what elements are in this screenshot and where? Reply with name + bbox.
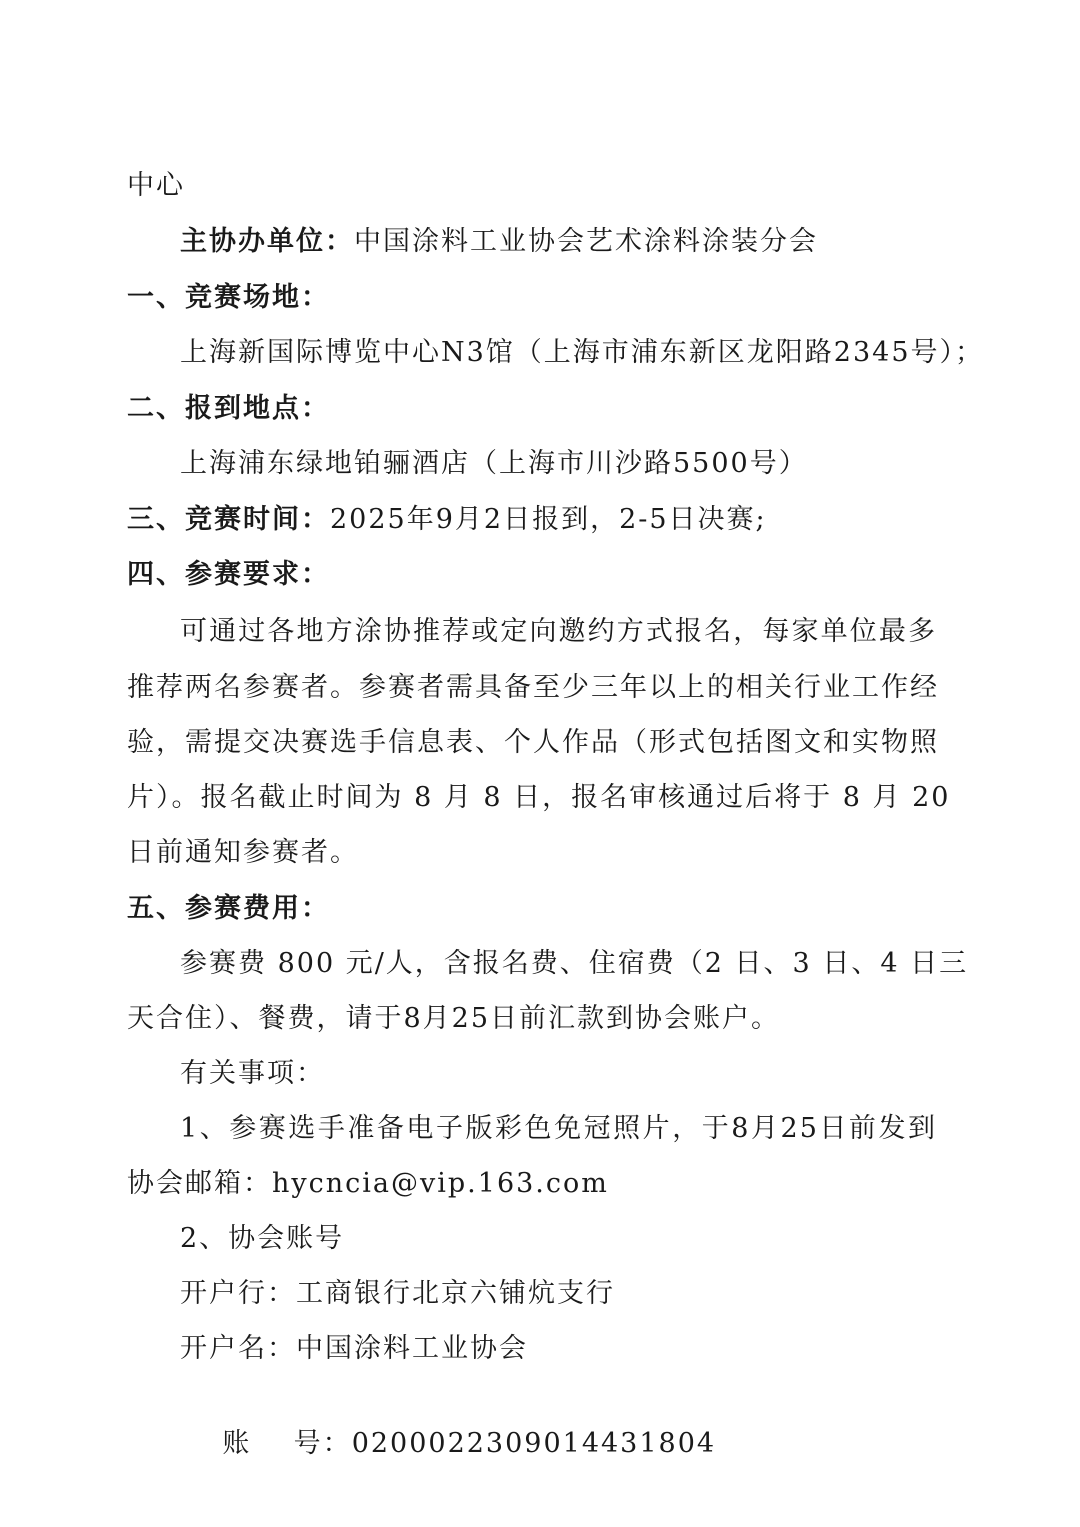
section-heading-venue: 一、竞赛场地：	[127, 278, 330, 318]
account-number-line: 账 号：0200022309014431804	[180, 1384, 716, 1504]
note-1-email-line: 协会邮箱：hycncia@vip.163.com	[127, 1164, 609, 1204]
account-name-label: 开户名：	[180, 1333, 296, 1364]
account-number-label: 账 号：	[222, 1428, 351, 1459]
account-number-value: 0200022309014431804	[352, 1428, 716, 1459]
section-heading-checkin: 二、报到地点：	[127, 389, 330, 429]
email-link[interactable]: hycncia@vip.163.com	[272, 1168, 609, 1199]
fees-paragraph-line: 天合住）、餐费，请于8月25日前汇款到协会账户。	[127, 999, 780, 1039]
account-name-line: 开户名：中国涂料工业协会	[180, 1329, 528, 1369]
requirements-paragraph-line: 可通过各地方涂协推荐或定向邀约方式报名，每家单位最多	[180, 612, 937, 652]
requirements-paragraph-line: 验，需提交决赛选手信息表、个人作品（形式包括图文和实物照	[127, 723, 937, 763]
checkin-text: 上海浦东绿地铂骊酒店（上海市川沙路5500号）	[180, 444, 808, 484]
section-heading-fees: 五、参赛费用：	[127, 889, 330, 929]
notes-heading: 有关事项：	[180, 1054, 325, 1094]
organizer-line: 主协办单位：中国涂料工业协会艺术涂料涂装分会	[180, 222, 818, 262]
venue-text: 上海新国际博览中心N3馆（上海市浦东新区龙阳路2345号）；	[180, 333, 984, 373]
bank-value: 工商银行北京六铺炕支行	[296, 1278, 615, 1309]
organizer-label: 主协办单位：	[180, 226, 354, 257]
email-label: 协会邮箱：	[127, 1168, 272, 1199]
requirements-paragraph-line: 推荐两名参赛者。参赛者需具备至少三年以上的相关行业工作经	[127, 668, 937, 708]
text: 中心	[127, 170, 185, 201]
note-2-line: 2、协会账号	[180, 1219, 344, 1259]
section-heading-time: 三、竞赛时间：	[127, 504, 330, 535]
time-value: 2025年9月2日报到，2-5日决赛;	[330, 504, 767, 535]
requirements-paragraph-line: 日前通知参赛者。	[127, 833, 359, 873]
bank-label: 开户行：	[180, 1278, 296, 1309]
account-name-value: 中国涂料工业协会	[296, 1333, 528, 1364]
bank-line: 开户行：工商银行北京六铺炕支行	[180, 1274, 615, 1314]
section-heading-requirements: 四、参赛要求：	[127, 555, 330, 595]
section-time-line: 三、竞赛时间：2025年9月2日报到，2-5日决赛;	[127, 500, 767, 540]
continued-text-line: 中心	[127, 166, 185, 206]
note-1-line: 1、参赛选手准备电子版彩色免冠照片，于8月25日前发到	[180, 1109, 937, 1149]
requirements-paragraph-line: 片）。报名截止时间为 8 月 8 日，报名审核通过后将于 8 月 20	[127, 778, 937, 818]
organizer-value: 中国涂料工业协会艺术涂料涂装分会	[354, 226, 818, 257]
fees-paragraph-line: 参赛费 800 元/人，含报名费、住宿费（2 日、3 日、4 日三	[180, 944, 937, 984]
document-page: 中心 主协办单位：中国涂料工业协会艺术涂料涂装分会 一、竞赛场地： 上海新国际博…	[0, 0, 1080, 1527]
